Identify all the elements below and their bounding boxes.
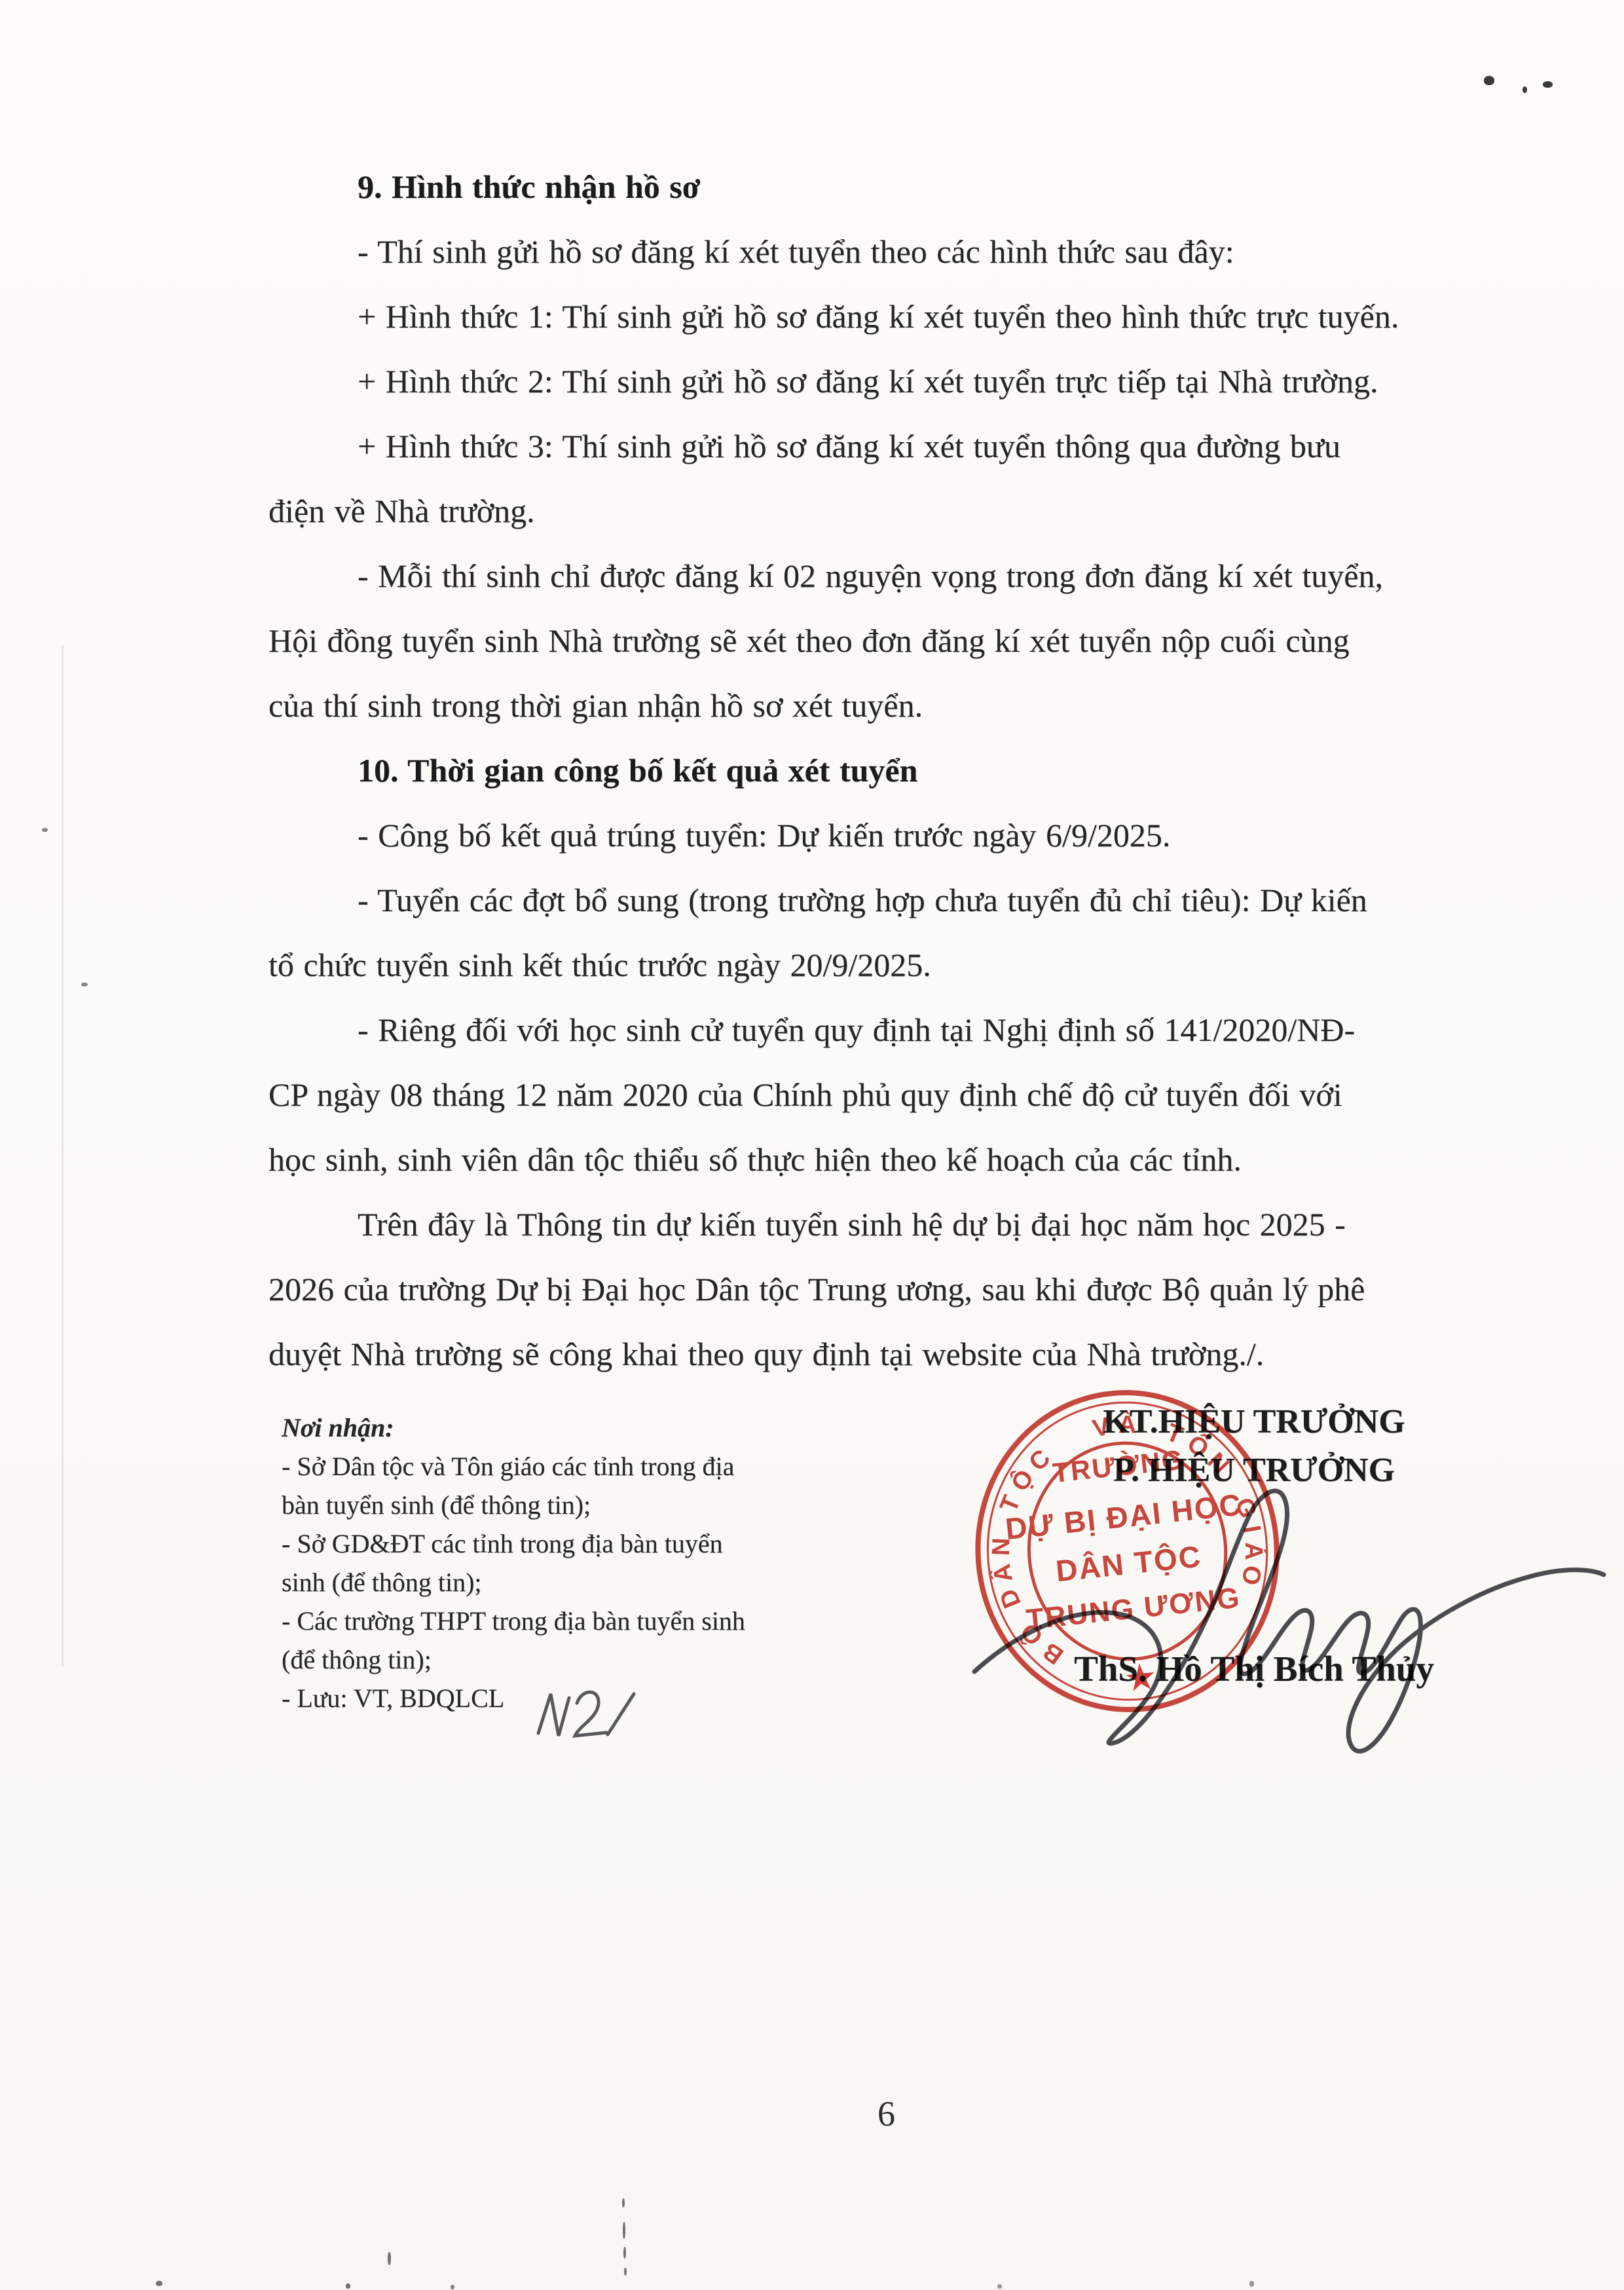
signer-name: ThS. Hồ Thị Bích Thủy: [1012, 1648, 1496, 1689]
signature-ink: [974, 1491, 1604, 1751]
handwritten-ink-layer: [0, 0, 1624, 2290]
handwritten-initials: [538, 1692, 634, 1736]
scanned-document-page: 9. Hình thức nhận hồ sơ - Thí sinh gửi h…: [0, 0, 1624, 2290]
